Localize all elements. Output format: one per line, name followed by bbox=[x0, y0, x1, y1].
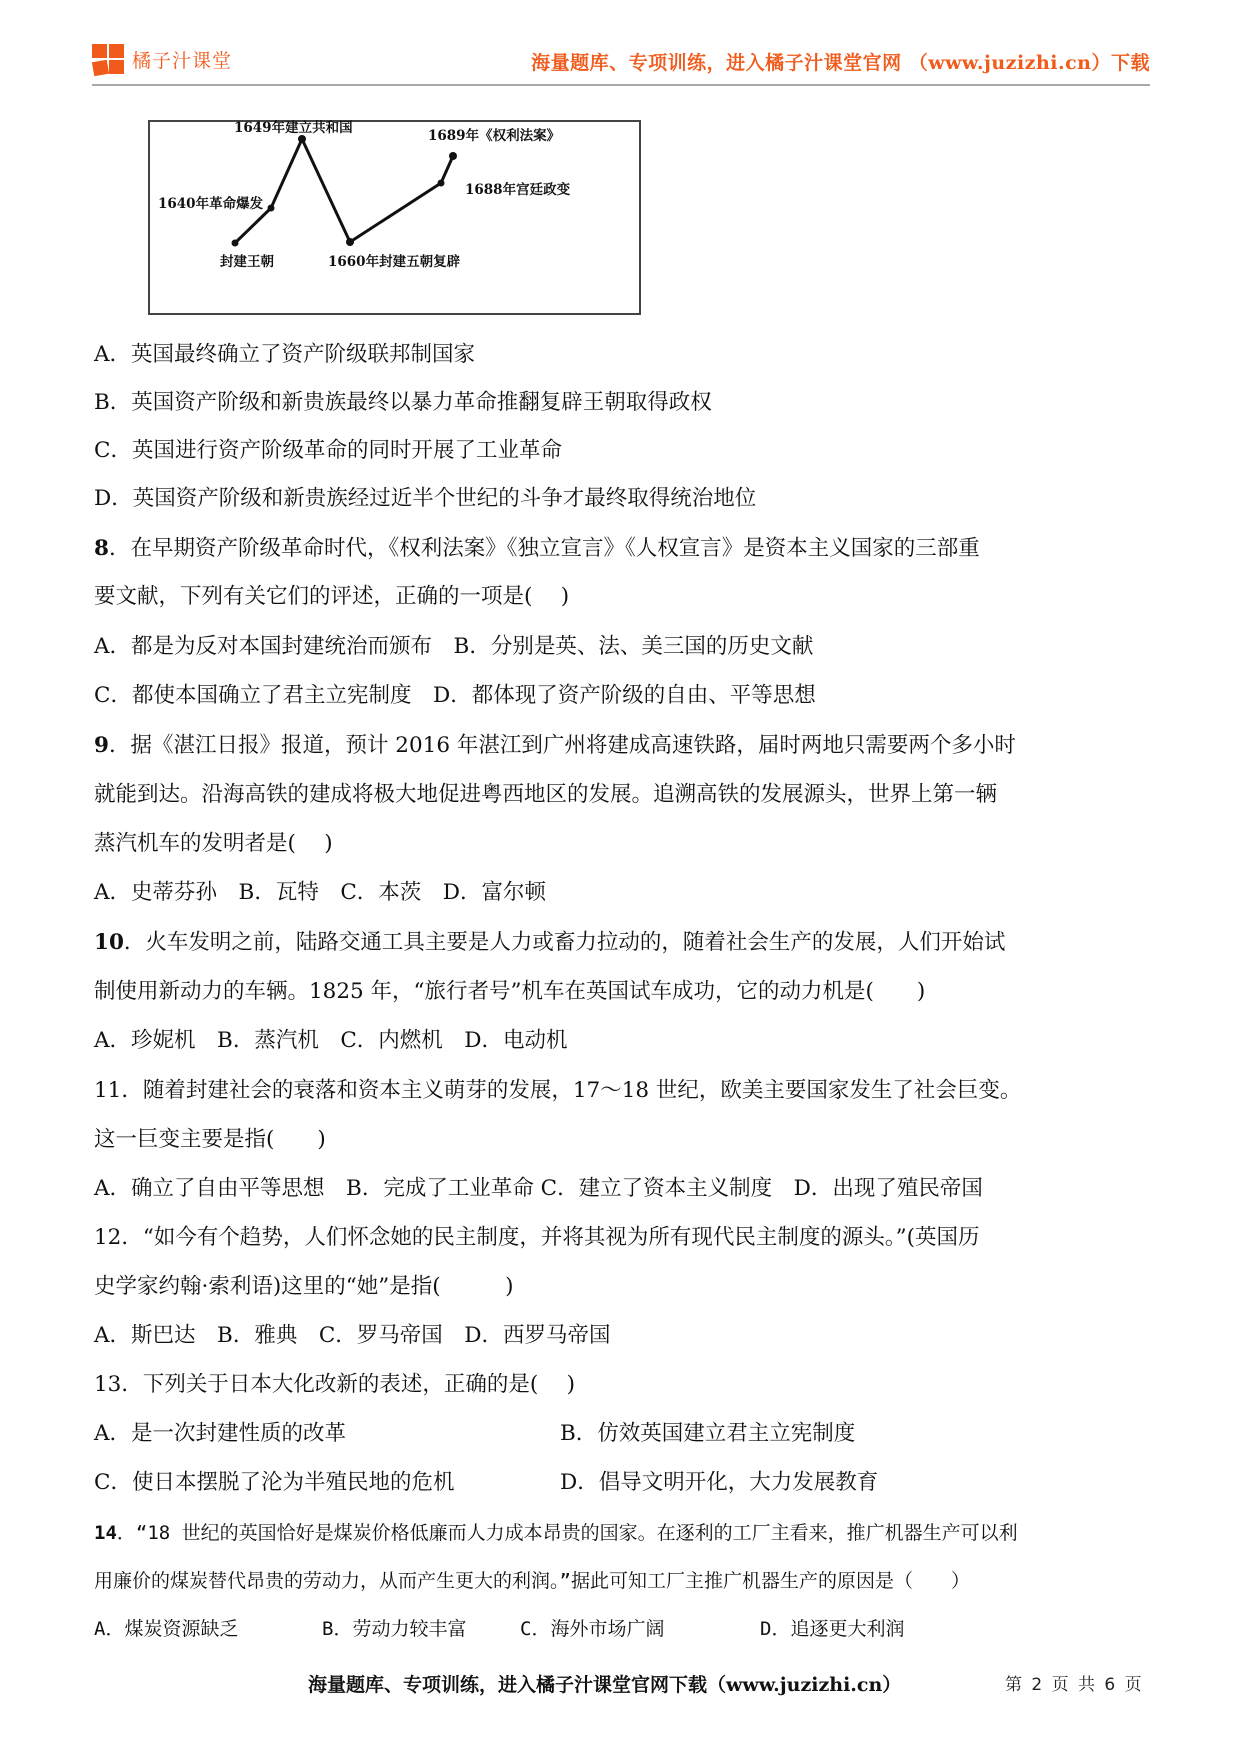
q8-number: 8 bbox=[94, 536, 109, 561]
q13-option-c: C．使日本摆脱了沦为半殖民地的危机 bbox=[94, 1468, 454, 1498]
q14-stem-line1: 14．“18 世纪的英国恰好是煤炭价格低廉而人力成本昂贵的国家。在逐利的工厂主看… bbox=[94, 1518, 1018, 1548]
q13-stem: 13．下列关于日本大化改新的表述，正确的是( ) bbox=[94, 1370, 575, 1400]
q11-stem-line2: 这一巨变主要是指( ) bbox=[94, 1125, 326, 1155]
q9-stem-line1: 9．据《湛江日报》报道，预计 2016 年湛江到广州将建成高速铁路，届时两地只需… bbox=[94, 731, 1016, 761]
q8-stem-line2: 要文献，下列有关它们的评述，正确的一项是( ) bbox=[94, 582, 569, 612]
q10-options: A．珍妮机 B．蒸汽机 C．内燃机 D．电动机 bbox=[94, 1026, 568, 1056]
q8-options-cd: C．都使本国确立了君主立宪制度 D．都体现了资产阶级的自由、平等思想 bbox=[94, 681, 816, 711]
q13-option-a: A．是一次封建性质的改革 bbox=[94, 1419, 346, 1449]
q9-options: A．史蒂芬孙 B．瓦特 C．本茨 D．富尔顿 bbox=[94, 878, 546, 908]
q14-option-a: A．煤炭资源缺乏 bbox=[94, 1614, 238, 1644]
q14-option-c: C．海外市场广阔 bbox=[520, 1614, 664, 1644]
q8-stem-line1: 8．在早期资产阶级革命时代，《权利法案》《独立宣言》《人权宣言》是资本主义国家的… bbox=[94, 534, 980, 564]
q7-option-c: C．英国进行资产阶级革命的同时开展了工业革命 bbox=[94, 436, 562, 466]
trend-line bbox=[150, 122, 643, 317]
q12-stem-line2: 史学家约翰·索利语)这里的“她”是指( ) bbox=[94, 1272, 513, 1302]
q10-number: 10 bbox=[94, 930, 124, 955]
q14-option-d: D．追逐更大利润 bbox=[760, 1614, 904, 1644]
footer-slogan-link[interactable]: 海量题库、专项训练，进入橘子汁课堂官网下载（www.juzizhi.cn） bbox=[308, 1670, 901, 1697]
brand-name: 橘子汁课堂 bbox=[132, 46, 232, 73]
header-divider bbox=[92, 84, 1150, 86]
q9-stem-line3: 蒸汽机车的发明者是( ) bbox=[94, 829, 333, 859]
page-header: 橘子汁课堂 海量题库、专项训练，进入橘子汁课堂官网 （www.juzizhi.c… bbox=[92, 40, 1150, 86]
q8-options-ab: A．都是为反对本国封建统治而颁布 B．分别是英、法、美三国的历史文献 bbox=[94, 632, 813, 662]
q12-stem-line1: 12．“如今有个趋势，人们怀念她的民主制度，并将其视为所有现代民主制度的源头。”… bbox=[94, 1223, 979, 1253]
revolution-timeline-diagram: 封建王朝 1640年革命爆发 1649年建立共和国 1660年封建五朝复辟 16… bbox=[148, 120, 641, 315]
q14-stem-line2: 用廉价的煤炭替代昂贵的劳动力，从而产生更大的利润。”据此可知工厂主推广机器生产的… bbox=[94, 1566, 970, 1596]
q11-options: A．确立了自由平等思想 B．完成了工业革命 C．建立了资本主义制度 D．出现了殖… bbox=[94, 1174, 983, 1204]
q13-option-d: D．倡导文明开化，大力发展教育 bbox=[560, 1468, 878, 1498]
page-number: 第 2 页 共 6 页 bbox=[1005, 1670, 1142, 1695]
q9-number: 9 bbox=[94, 733, 109, 758]
label-feudal-dynasty: 封建王朝 bbox=[220, 250, 274, 270]
label-1649: 1649年建立共和国 bbox=[234, 116, 353, 136]
q11-stem-line1: 11．随着封建社会的衰落和资本主义萌芽的发展，17～18 世纪，欧美主要国家发生… bbox=[94, 1076, 1021, 1106]
q14-option-b: B．劳动力较丰富 bbox=[322, 1614, 466, 1644]
q13-option-b: B．仿效英国建立君主立宪制度 bbox=[560, 1419, 855, 1449]
label-1688: 1688年宫廷政变 bbox=[465, 178, 570, 198]
logo-icon bbox=[92, 44, 126, 76]
q9-stem-line2: 就能到达。沿海高铁的建成将极大地促进粤西地区的发展。追溯高铁的发展源头，世界上第… bbox=[94, 780, 997, 810]
q12-options: A．斯巴达 B．雅典 C．罗马帝国 D．西罗马帝国 bbox=[94, 1321, 611, 1351]
q7-option-b: B．英国资产阶级和新贵族最终以暴力革命推翻复辟王朝取得政权 bbox=[94, 388, 712, 418]
page-footer: 海量题库、专项训练，进入橘子汁课堂官网下载（www.juzizhi.cn） 第 … bbox=[0, 1670, 1240, 1700]
header-slogan-link[interactable]: 海量题库、专项训练，进入橘子汁课堂官网 （www.juzizhi.cn）下载 bbox=[531, 48, 1150, 75]
q10-stem-line1: 10．火车发明之前，陆路交通工具主要是人力或畜力拉动的，随着社会生产的发展，人们… bbox=[94, 928, 1005, 958]
label-1689: 1689年《权利法案》 bbox=[428, 124, 560, 144]
label-1640: 1640年革命爆发 bbox=[158, 192, 263, 212]
q10-stem-line2: 制使用新动力的车辆。1825 年，“旅行者号”机车在英国试车成功，它的动力机是(… bbox=[94, 977, 925, 1007]
q7-option-a: A．英国最终确立了资产阶级联邦制国家 bbox=[94, 340, 475, 370]
q14-number: 14 bbox=[94, 1522, 117, 1544]
q7-option-d: D．英国资产阶级和新贵族经过近半个世纪的斗争才最终取得统治地位 bbox=[94, 484, 756, 514]
label-1660: 1660年封建五朝复辟 bbox=[328, 250, 460, 270]
